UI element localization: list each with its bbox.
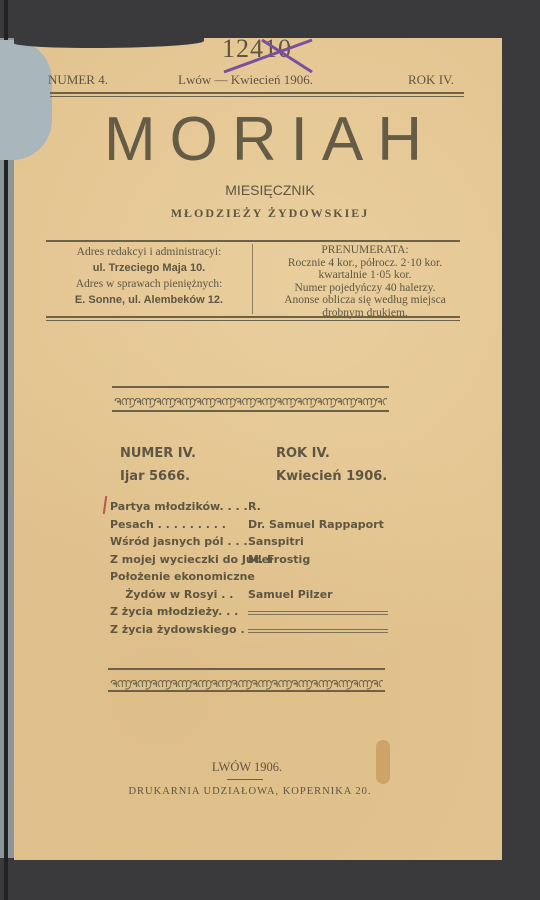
footer-printer: DRUKARNIA UDZIAŁOWA, KOPERNIKA 20. (0, 786, 500, 797)
issue-date: Kwiecień 1906. (276, 469, 387, 484)
toc-entry: Położenie ekonomiczne (110, 568, 400, 586)
issue-number: NUMER IV. (120, 446, 196, 461)
header-place-date: Lwów — Kwiecień 1906. (178, 72, 313, 88)
address-line-1: Adres redakcyi i administracyi: (46, 244, 252, 260)
purple-cross-mark (222, 38, 322, 74)
toc-entry: Partya młodzików. . . .R. (110, 498, 400, 516)
magazine-subtitle: MIESIĘCZNIK (0, 182, 540, 198)
ornament-pattern: ຈ൬ຈ൬ຈ൬ຈ൬ຈ൬ຈ൬ຈ൬ຈ൬ຈ൬ຈ൬ຈ൬ຈ൬ຈ൬ຈ൬ຈ൬ຈ൬ຈ൬ຈ൬ຈ൬ຈ൬ (114, 394, 387, 409)
ornament-pattern: ຈ൬ຈ൬ຈ൬ຈ൬ຈ൬ຈ൬ຈ൬ຈ൬ຈ൬ຈ൬ຈ൬ຈ൬ຈ൬ຈ൬ຈ൬ຈ൬ຈ൬ຈ൬ຈ൬ຈ൬ (110, 676, 383, 691)
toc-entry: Z mojej wycieczki do JudeiM. Frostig (110, 551, 400, 569)
toc-entry: Z życia żydowskiego . (110, 621, 400, 639)
toc-entry: Wśród jasnych pól . . .Sanspitri (110, 533, 400, 551)
ornament-band-bottom: ຈ൬ຈ൬ຈ൬ຈ൬ຈ൬ຈ൬ຈ൬ຈ൬ຈ൬ຈ൬ຈ൬ຈ൬ຈ൬ຈ൬ຈ൬ຈ൬ຈ൬ຈ൬ຈ൬ຈ൬ (108, 668, 385, 696)
magazine-subtitle-2: MŁODZIEŻY ŻYDOWSKIEJ (0, 206, 540, 221)
subscription-block: PRENUMERATA: Rocznie 4 kor., półrocz. 2·… (262, 244, 468, 319)
subscription-line-1: Rocznie 4 kor., półrocz. 2·10 kor. (262, 257, 468, 270)
column-divider (252, 244, 253, 314)
magazine-title: MORIAH (0, 104, 540, 175)
subscription-line-3: Numer pojedyńczy 40 halerzy. (262, 282, 468, 295)
toc-entry: Żydów w Rosyi . .Samuel Pilzer (110, 586, 400, 604)
subscription-line-2: kwartalnie 1·05 kor. (262, 269, 468, 282)
hebrew-date: Ijar 5666. (120, 469, 190, 484)
header-issue: NUMER 4. (48, 72, 108, 88)
address-line-3: Adres w sprawach pieniężnych: (46, 276, 252, 292)
issue-volume: ROK IV. (276, 446, 330, 461)
subscription-line-4: Anonse oblicza się według miejsca (262, 294, 468, 307)
subscription-heading: PRENUMERATA: (262, 244, 468, 257)
address-block: Adres redakcyi i administracyi: ul. Trze… (46, 244, 252, 308)
address-line-4: E. Sonne, ul. Alembeków 12. (75, 294, 223, 306)
footer-rule (227, 779, 263, 780)
blank-author-rule (248, 629, 388, 633)
blank-author-rule (248, 611, 388, 615)
footer-place-year: LWÓW 1906. (0, 760, 494, 775)
info-bottom-rule (46, 316, 460, 321)
header-rule (50, 92, 464, 97)
toc-entry: Pesach . . . . . . . . .Dr. Samuel Rappa… (110, 516, 400, 534)
address-line-2: ul. Trzeciego Maja 10. (93, 262, 206, 274)
toc-entry: Z życia młodzieży. . . (110, 603, 400, 621)
ornament-band-top: ຈ൬ຈ൬ຈ൬ຈ൬ຈ൬ຈ൬ຈ൬ຈ൬ຈ൬ຈ൬ຈ൬ຈ൬ຈ൬ຈ൬ຈ൬ຈ൬ຈ൬ຈ൬ຈ൬ຈ൬ (112, 386, 389, 414)
table-of-contents: Partya młodzików. . . .R. Pesach . . . .… (110, 498, 400, 638)
header-volume: ROK IV. (408, 72, 454, 88)
info-top-rule (46, 240, 460, 242)
